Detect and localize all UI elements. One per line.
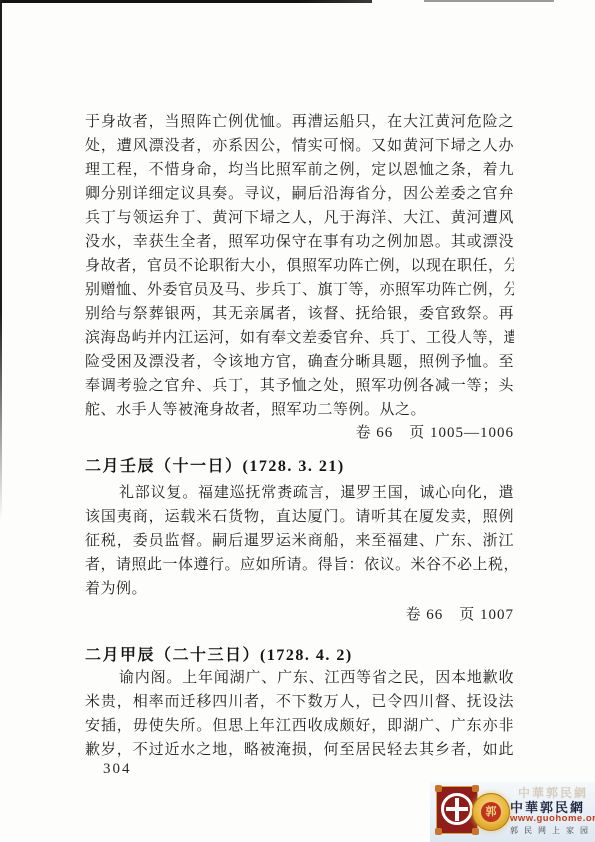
text-line: 谕内阁。上年闻湖广、广东、江西等省之民，因本地歉收 bbox=[85, 666, 514, 690]
text-line: 歉岁，不过近水之地，略被淹损，何至居民轻去其乡者，如此 bbox=[85, 738, 514, 762]
text-line: 理工程，不惜身命，均当比照军前之例，定以恩恤之条，着九 bbox=[85, 158, 514, 182]
seal-corner-ornament bbox=[472, 828, 479, 835]
gold-coin-icon: 郭 bbox=[472, 793, 510, 831]
logo-text-block: 中華郭民網 中華郭民網 www.guohome.org 郭民网上家园 bbox=[508, 782, 594, 842]
seal-corner-ornament bbox=[435, 785, 442, 792]
text-line: 身故者，官员不论职衔大小，俱照军功阵亡例，以现在职任，分 bbox=[85, 254, 514, 278]
paragraph-1: 于身故者，当照阵亡例优恤。再漕运船只，在大江黄河危险之 处，遭风漂没者，亦系因公… bbox=[85, 110, 514, 422]
entry-date-heading: 二月甲辰（二十三日）(1728. 4. 2) bbox=[85, 644, 514, 668]
text-line: 舵、水手人等被淹身故者，照军功二等例。从之。 bbox=[85, 398, 514, 422]
text-line: 礼部议复。福建巡抚常赉疏言，暹罗王国，诚心向化，遣 bbox=[85, 481, 514, 505]
text-line: 该国夷商，运载米石货物，直达厦门。请听其在厦发卖，照例 bbox=[85, 505, 514, 529]
site-slogan: 郭民网上家园 bbox=[510, 825, 594, 836]
guohome-watermark: 郭 中華郭民網 中華郭民網 www.guohome.org 郭民网上家园 bbox=[430, 782, 595, 842]
text-line: 卿分别详细定议具奏。寻议，嗣后沿海省分，因公差委之官弁 bbox=[85, 182, 514, 206]
text-line: 兵丁与领运弁丁、黄河下埽之人，凡于海洋、大江、黄河遭风 bbox=[85, 206, 514, 230]
text-line: 滨海岛屿并内江运河，如有奉文差委官弁、兵丁、工役人等，遭 bbox=[85, 326, 514, 350]
text-line: 处，遭风漂没者，亦系因公，情实可悯。又如黄河下埽之人办 bbox=[85, 134, 514, 158]
text-line: 安插，毋使失所。但思上年江西收成颇好，即湖广、广东亦非 bbox=[85, 714, 514, 738]
text-line: 没水，幸获生全者，照军功保守在事有功之例加恩。其或漂没 bbox=[85, 230, 514, 254]
seal-knot-pattern bbox=[446, 807, 468, 811]
paragraph-3: 谕内阁。上年闻湖广、广东、江西等省之民，因本地歉收 米贵，相率而迁移四川者，不下… bbox=[85, 666, 514, 762]
volume-page-citation: 卷 66 页 1007 bbox=[85, 603, 558, 627]
text-line: 奉调考验之官弁、兵丁，其予恤之处，照军功例各减一等；头 bbox=[85, 374, 514, 398]
text-line: 征税，委员监督。嗣后暹罗运米商船，来至福建、广东、浙江 bbox=[85, 529, 514, 553]
text-line: 别赠恤、外委官员及马、步兵丁、旗丁等，亦照军功阵亡例，分 bbox=[85, 278, 514, 302]
volume-page-citation: 卷 66 页 1005—1006 bbox=[85, 421, 558, 445]
seal-corner-ornament bbox=[472, 785, 479, 792]
paragraph-2: 礼部议复。福建巡抚常赉疏言，暹罗王国，诚心向化，遣 该国夷商，运载米石货物，直达… bbox=[85, 481, 514, 601]
text-line: 于身故者，当照阵亡例优恤。再漕运船只，在大江黄河危险之 bbox=[85, 110, 514, 134]
text-line: 别给与祭葬银两，其无亲属者，该督、抚给银，委官致祭。再 bbox=[85, 302, 514, 326]
text-line: 米贵，相率而迁移四川者，不下数万人，已令四川督、抚设法 bbox=[85, 690, 514, 714]
site-url: www.guohome.org bbox=[510, 813, 595, 824]
text-line: 险受困及漂没者，令该地方官，确查分晰具题，照例予恤。至 bbox=[85, 350, 514, 374]
scan-edge-artifact-top-right bbox=[424, 0, 554, 2]
text-line: 者，请照此一体遵行。应如所请。得旨：依议。米谷不必上税， bbox=[85, 553, 514, 577]
coin-character: 郭 bbox=[481, 802, 501, 822]
text-line: 着为例。 bbox=[85, 577, 514, 601]
seal-corner-ornament bbox=[435, 828, 442, 835]
scan-edge-artifact-top bbox=[0, 0, 372, 3]
page-number: 304 bbox=[103, 761, 132, 778]
scan-edge-artifact-left bbox=[0, 0, 2, 520]
entry-date-heading: 二月壬辰（十一日）(1728. 3. 21) bbox=[85, 455, 514, 479]
